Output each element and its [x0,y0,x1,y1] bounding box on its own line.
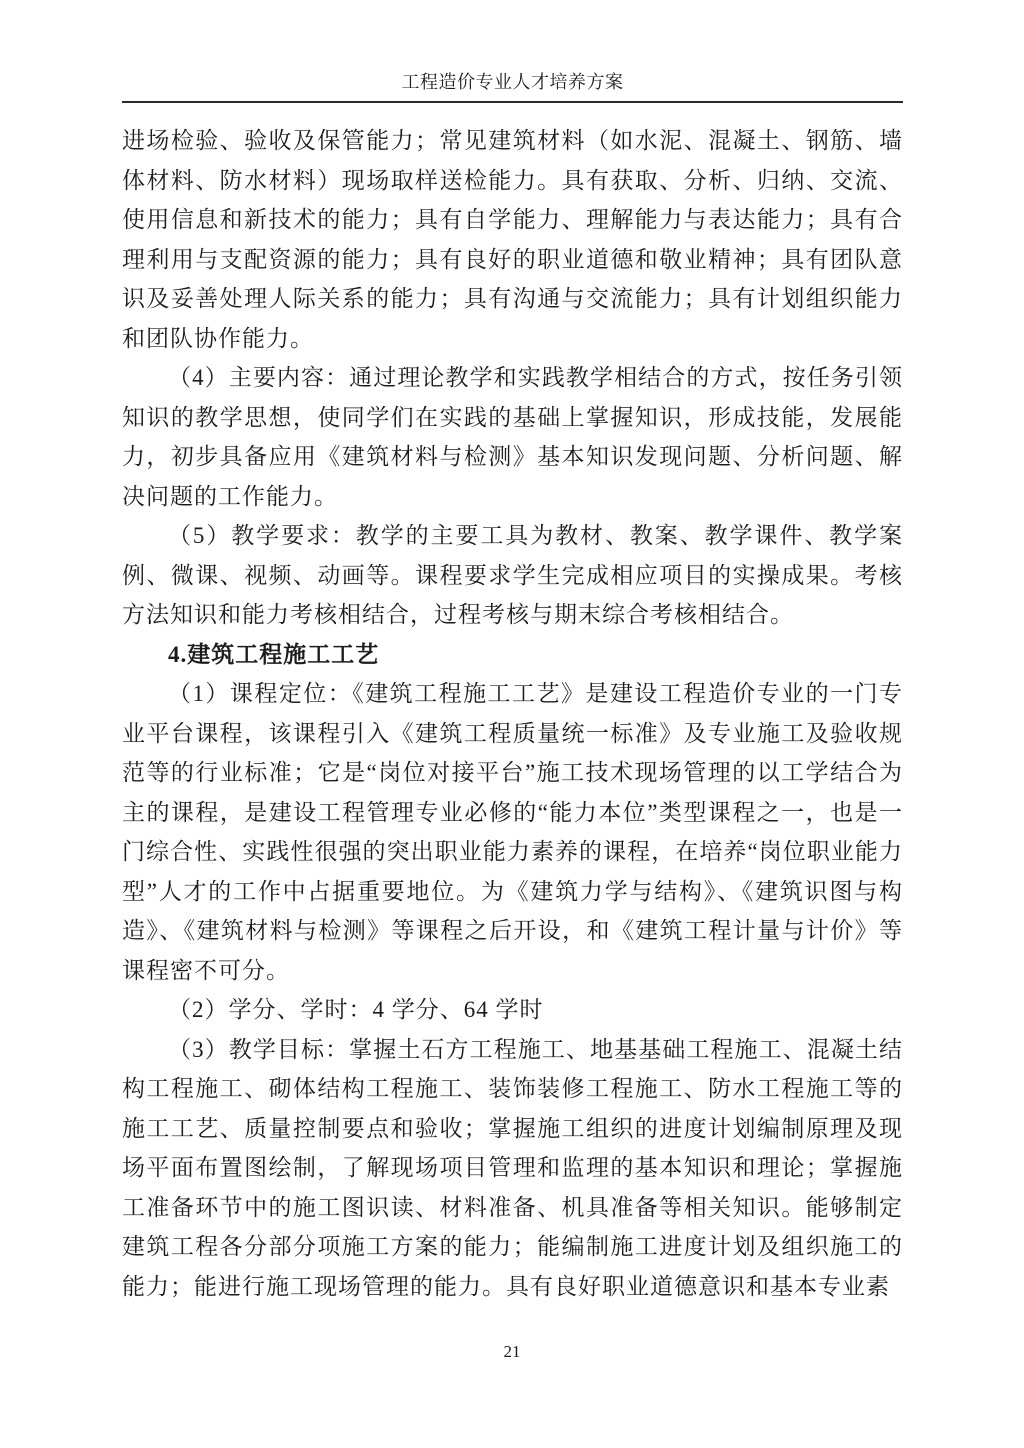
page-header: 工程造价专业人才培养方案 [122,70,903,103]
page-number: 21 [504,1342,521,1361]
document-page: 工程造价专业人才培养方案 进场检验、验收及保管能力；常见建筑材料（如水泥、混凝土… [0,0,1024,1448]
page-footer: 21 [0,1340,1024,1364]
section-heading-construction-technology: 4.建筑工程施工工艺 [122,635,903,675]
document-body: 进场检验、验收及保管能力；常见建筑材料（如水泥、混凝土、钢筋、墙体材料、防水材料… [122,121,903,1306]
paragraph-teaching-objectives: （3）教学目标：掌握土石方工程施工、地基基础工程施工、混凝土结构工程施工、砌体结… [122,1030,903,1307]
paragraph-course-positioning: （1）课程定位：《建筑工程施工工艺》是建设工程造价专业的一门专业平台课程，该课程… [122,674,903,990]
paragraph-teaching-requirements: （5）教学要求：教学的主要工具为教材、教案、教学课件、教学案例、微课、视频、动画… [122,516,903,635]
header-title: 工程造价专业人才培养方案 [122,70,903,94]
paragraph-credits-hours: （2）学分、学时：4 学分、64 学时 [122,990,903,1030]
paragraph-main-content: （4）主要内容：通过理论教学和实践教学相结合的方式，按任务引领知识的教学思想，使… [122,358,903,516]
paragraph-continuation: 进场检验、验收及保管能力；常见建筑材料（如水泥、混凝土、钢筋、墙体材料、防水材料… [122,121,903,358]
